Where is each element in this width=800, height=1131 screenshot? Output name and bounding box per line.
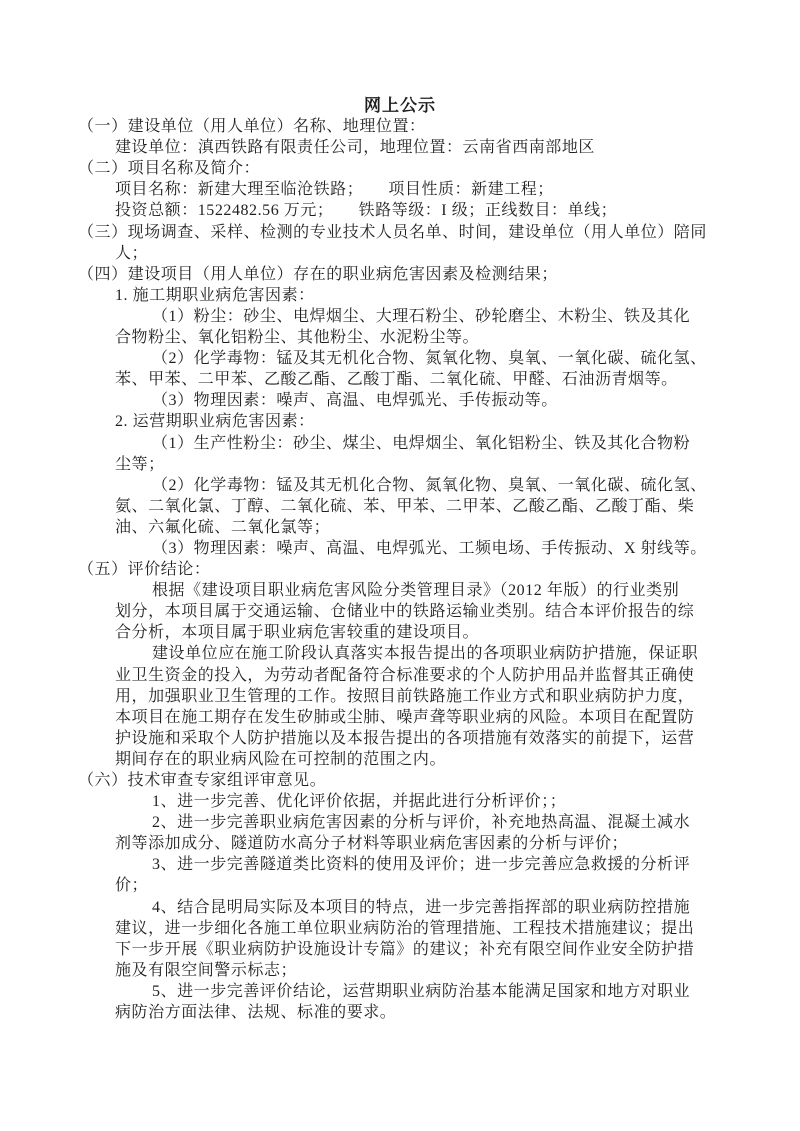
text-line: 1. 施工期职业病危害因素： — [115, 285, 738, 306]
text-line: 尘等； — [115, 454, 738, 475]
text-line: 2、进一步完善职业病危害因素的分析与评价，补充地热高温、混凝土减水 — [152, 812, 738, 833]
document-body: 网上公示 （一）建设单位（用人单位）名称、地理位置：建设单位：滇西铁路有限责任公… — [78, 95, 738, 1023]
text-line: 油、六氟化硫、二氧化氯等； — [115, 517, 738, 538]
text-line: 合物粉尘、氧化铝粉尘、其他粉尘、水泥粉尘等。 — [115, 327, 738, 348]
text-line: （二）项目名称及简介： — [78, 158, 738, 179]
text-line: 建设单位：滇西铁路有限责任公司，地理位置：云南省西南部地区 — [115, 137, 738, 158]
document-title: 网上公示 — [78, 95, 722, 116]
text-line: 建设单位应在施工阶段认真落实本报告提出的各项职业病防护措施，保证职 — [152, 643, 738, 664]
text-line: （一）建设单位（用人单位）名称、地理位置： — [78, 116, 738, 137]
text-line: 建议，进一步细化各施工单位职业病防治的管理措施、工程技术措施建议；提出 — [115, 918, 738, 939]
text-line: 下一步开展《职业病防护设施设计专篇》的建议；补充有限空间作业安全防护措 — [115, 939, 738, 960]
text-line: 期间存在的职业病风险在可控制的范围之内。 — [115, 749, 738, 770]
text-line: （3）物理因素：噪声、高温、电焊弧光、手传振动等。 — [152, 390, 738, 411]
text-line: 人； — [115, 243, 738, 264]
text-line: 病防治方面法律、法规、标准的要求。 — [115, 1002, 738, 1023]
text-line: （3）物理因素：噪声、高温、电焊弧光、工频电场、手传振动、X 射线等。 — [152, 538, 738, 559]
text-line: 5、进一步完善评价结论，运营期职业病防治基本能满足国家和地方对职业 — [152, 981, 738, 1002]
text-line: 划分，本项目属于交通运输、仓储业中的铁路运输业类别。结合本评价报告的综 — [115, 601, 738, 622]
text-line: （1）生产性粉尘：砂尘、煤尘、电焊烟尘、氧化铝粉尘、铁及其化合物粉 — [152, 433, 738, 454]
text-line: 剂等添加成分、隧道防水高分子材料等职业病危害因素的分析与评价； — [115, 833, 738, 854]
text-line: （1）粉尘：砂尘、电焊烟尘、大理石粉尘、砂轮磨尘、木粉尘、铁及其化 — [152, 306, 738, 327]
text-line: （四）建设项目（用人单位）存在的职业病危害因素及检测结果； — [78, 264, 738, 285]
text-line: 氨、二氧化氯、丁醇、二氧化硫、苯、甲苯、二甲苯、乙酸乙酯、乙酸丁酯、柴 — [115, 496, 738, 517]
text-line: 护设施和采取个人防护措施以及本报告提出的各项措施有效落实的前提下，运营 — [115, 728, 738, 749]
text-line: 2. 运营期职业病危害因素： — [115, 411, 738, 432]
text-line: 1、进一步完善、优化评价依据，并据此进行分析评价；； — [152, 791, 738, 812]
text-line: 3、进一步完善隧道类比资料的使用及评价；进一步完善应急救援的分析评 — [152, 854, 738, 875]
text-line: 项目名称：新建大理至临沧铁路； 项目性质：新建工程； — [115, 179, 738, 200]
text-line: （六）技术审查专家组评审意见。 — [78, 770, 738, 791]
text-line: 本项目在施工期存在发生矽肺或尘肺、噪声聋等职业病的风险。本项目在配置防 — [115, 707, 738, 728]
document-lines: （一）建设单位（用人单位）名称、地理位置：建设单位：滇西铁路有限责任公司，地理位… — [78, 116, 738, 1023]
text-line: 施及有限空间警示标志； — [115, 960, 738, 981]
document-page: 网上公示 （一）建设单位（用人单位）名称、地理位置：建设单位：滇西铁路有限责任公… — [0, 0, 800, 1131]
text-line: 4、结合昆明局实际及本项目的特点，进一步完善指挥部的职业病防控措施 — [152, 897, 738, 918]
text-line: （2）化学毒物：锰及其无机化合物、氮氧化物、臭氧、一氧化碳、硫化氢、 — [152, 348, 738, 369]
text-line: （三）现场调查、采样、检测的专业技术人员名单、时间，建设单位（用人单位）陪同 — [78, 222, 738, 243]
text-line: 根据《建设项目职业病危害风险分类管理目录》（2012 年版）的行业类别 — [152, 580, 738, 601]
text-line: （2）化学毒物：锰及其无机化合物、氮氧化物、臭氧、一氧化碳、硫化氢、 — [152, 475, 738, 496]
text-line: 苯、甲苯、二甲苯、乙酸乙酯、乙酸丁酯、二氧化硫、甲醛、石油沥青烟等。 — [115, 369, 738, 390]
text-line: （五）评价结论： — [78, 559, 738, 580]
text-line: 合分析，本项目属于职业病危害较重的建设项目。 — [115, 622, 738, 643]
text-line: 业卫生资金的投入，为劳动者配备符合标准要求的个人防护用品并监督其正确使 — [115, 665, 738, 686]
text-line: 用，加强职业卫生管理的工作。按照目前铁路施工作业方式和职业病防护力度， — [115, 686, 738, 707]
text-line: 投资总额：1522482.56 万元； 铁路等级：I 级；正线数目：单线； — [115, 200, 738, 221]
text-line: 价； — [115, 875, 738, 896]
